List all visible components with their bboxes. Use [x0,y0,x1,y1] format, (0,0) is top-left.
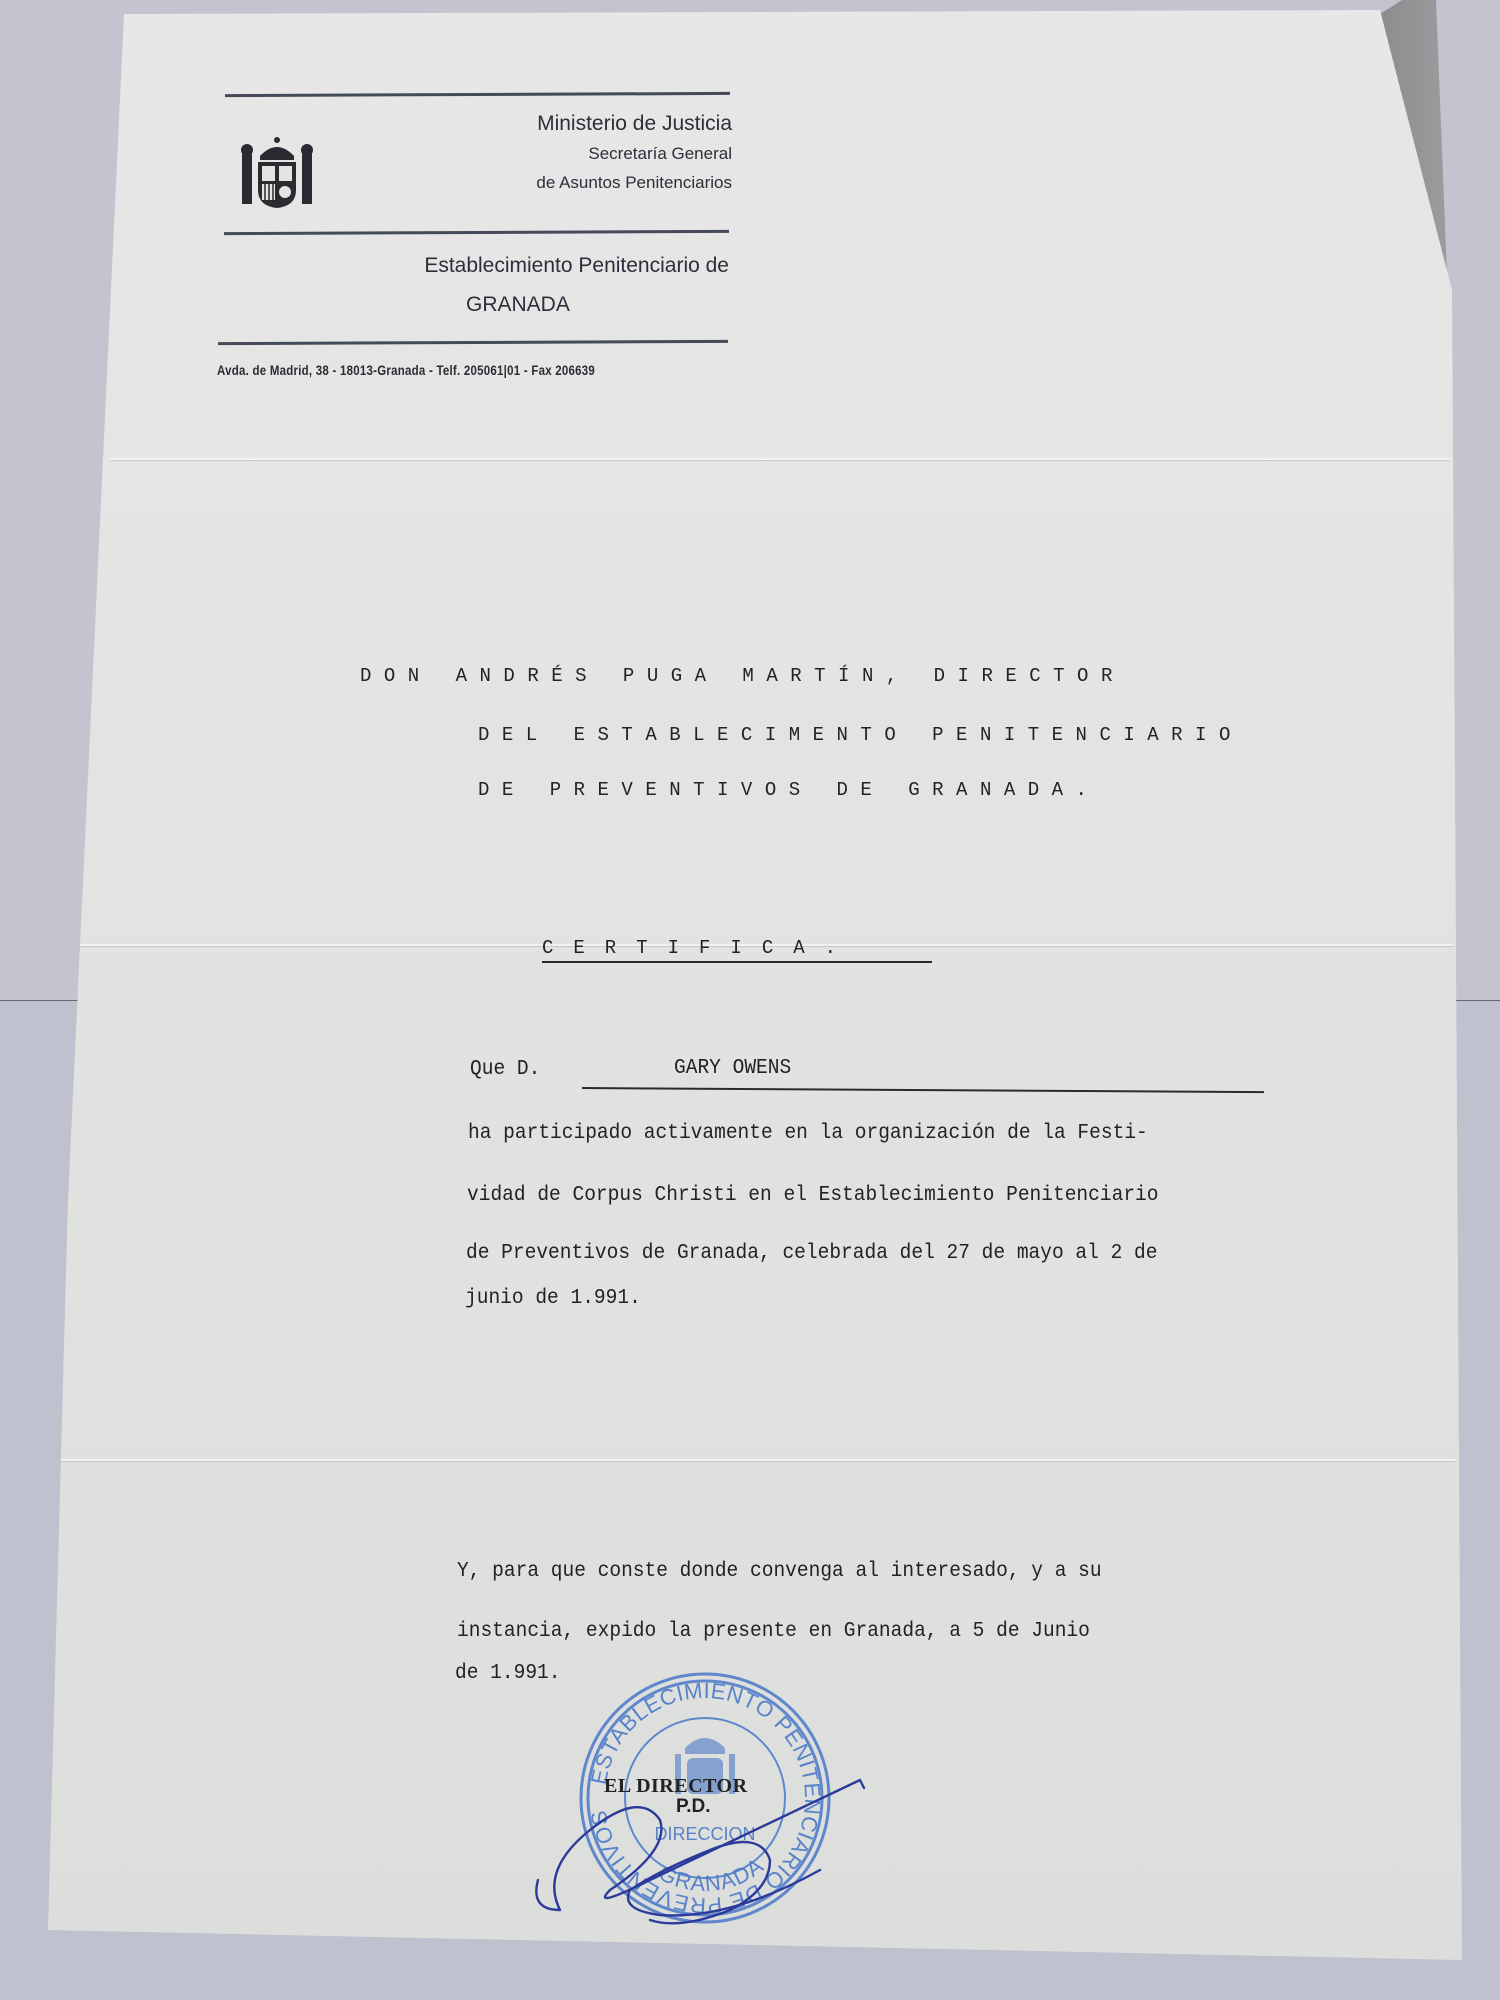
body-line: vidad de Corpus Christi en el Establecim… [467,1184,1158,1207]
certificate-document: Ministerio de Justicia Secretaría Genera… [0,0,1500,2000]
establishment-name: Establecimiento Penitenciario de [424,254,729,278]
heading-line-3: DE PREVENTIVOS DE GRANADA. [478,779,1099,801]
letterhead-rule [224,230,729,235]
handwritten-signature [530,1760,890,1940]
closing-line: Y, para que conste donde convenga al int… [457,1560,1102,1583]
establishment-city: GRANADA [466,293,570,317]
closing-line: instancia, expido la presente en Granada… [457,1620,1090,1643]
recipient-name: GARY OWENS [674,1057,791,1080]
spain-coat-of-arms-icon [238,134,316,210]
body-line: ha participado activamente en la organiz… [468,1122,1148,1145]
que-label: Que D. [470,1058,540,1081]
heading-line-2: DEL ESTABLECIMENTO PENITENCIARIO [478,724,1243,746]
closing-line: de 1.991. [455,1662,560,1685]
ministry-name: Ministerio de Justicia [537,112,732,136]
body-line: de Preventivos de Granada, celebrada del… [466,1242,1157,1265]
paper-fold-line [110,458,1450,460]
paper-fold-line [60,1459,1455,1461]
body-line: junio de 1.991. [465,1287,641,1310]
recipient-name-underline [582,1087,1264,1093]
certifica-underline [542,961,932,963]
certifica-title: CERTIFICA. [542,937,856,959]
heading-line-1: DON ANDRÉS PUGA MARTÍN, DIRECTOR [360,665,1125,687]
secretaria-name: Secretaría General [588,144,732,164]
address-line: Avda. de Madrid, 38 - 18013-Granada - Te… [217,362,595,378]
department-name: de Asuntos Penitenciarios [536,173,732,193]
letterhead-rule [218,340,728,345]
letterhead-rule [225,92,730,97]
